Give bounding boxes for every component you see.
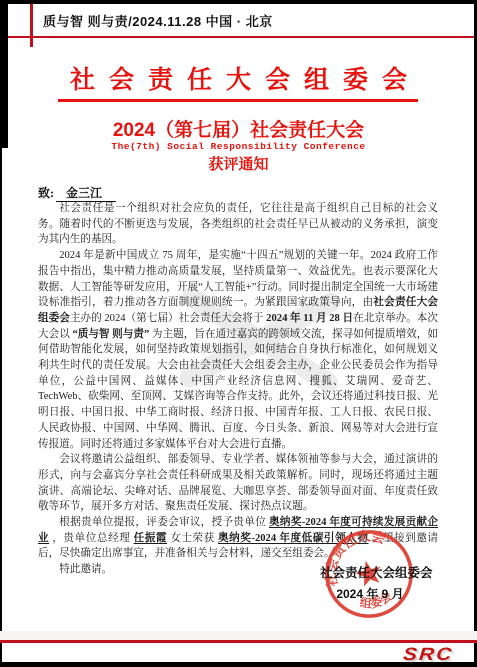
- notice-body: 社会责任是一个组织对社会应负的责任，它往往是高于组织自己目标的社会义务。随着时代…: [38, 201, 438, 578]
- conference-title-en: The(7th) Social Responsibility Conferenc…: [0, 141, 477, 152]
- conference-title-cn: 2024（第七届）社会责任大会: [0, 115, 477, 142]
- src-logo: SRC: [402, 645, 454, 665]
- signature-organization: 社会责任大会组委会: [320, 563, 420, 581]
- title-underline: [58, 99, 418, 102]
- body-paragraph: 会议将邀请公益组织、部委领导、专业学者、媒体领袖等参与大会，通过演讲的形式，向与…: [38, 452, 438, 515]
- body-paragraph: 2024 年是新中国成立 75 周年，是实施“十四五”规划的关键一年。2024 …: [38, 248, 438, 452]
- recipient-line: 致:金三江: [38, 184, 116, 201]
- header-rule: [8, 36, 474, 38]
- header-slogan: 质与智 则与责/2024.11.28 中国 · 北京: [43, 11, 273, 30]
- signature-date: 2024 年 9 月: [320, 585, 420, 602]
- organizing-committee-title: 社会责任大会组委会: [0, 60, 477, 96]
- scanned-notice-page: 质与智 则与责/2024.11.28 中国 · 北京 社会责任大会组委会 202…: [0, 0, 477, 667]
- body-paragraph: 社会责任是一个组织对社会应负的责任，它往往是高于组织自己目标的社会义务。随着时代…: [38, 201, 438, 248]
- recipient-name: 金三江: [56, 186, 116, 202]
- notice-type-title: 获评通知: [0, 153, 477, 174]
- header-red-bar: [30, 4, 33, 47]
- page-border-top: [0, 0, 477, 4]
- footer-rule: [0, 640, 477, 643]
- recipient-label: 致:: [38, 186, 54, 200]
